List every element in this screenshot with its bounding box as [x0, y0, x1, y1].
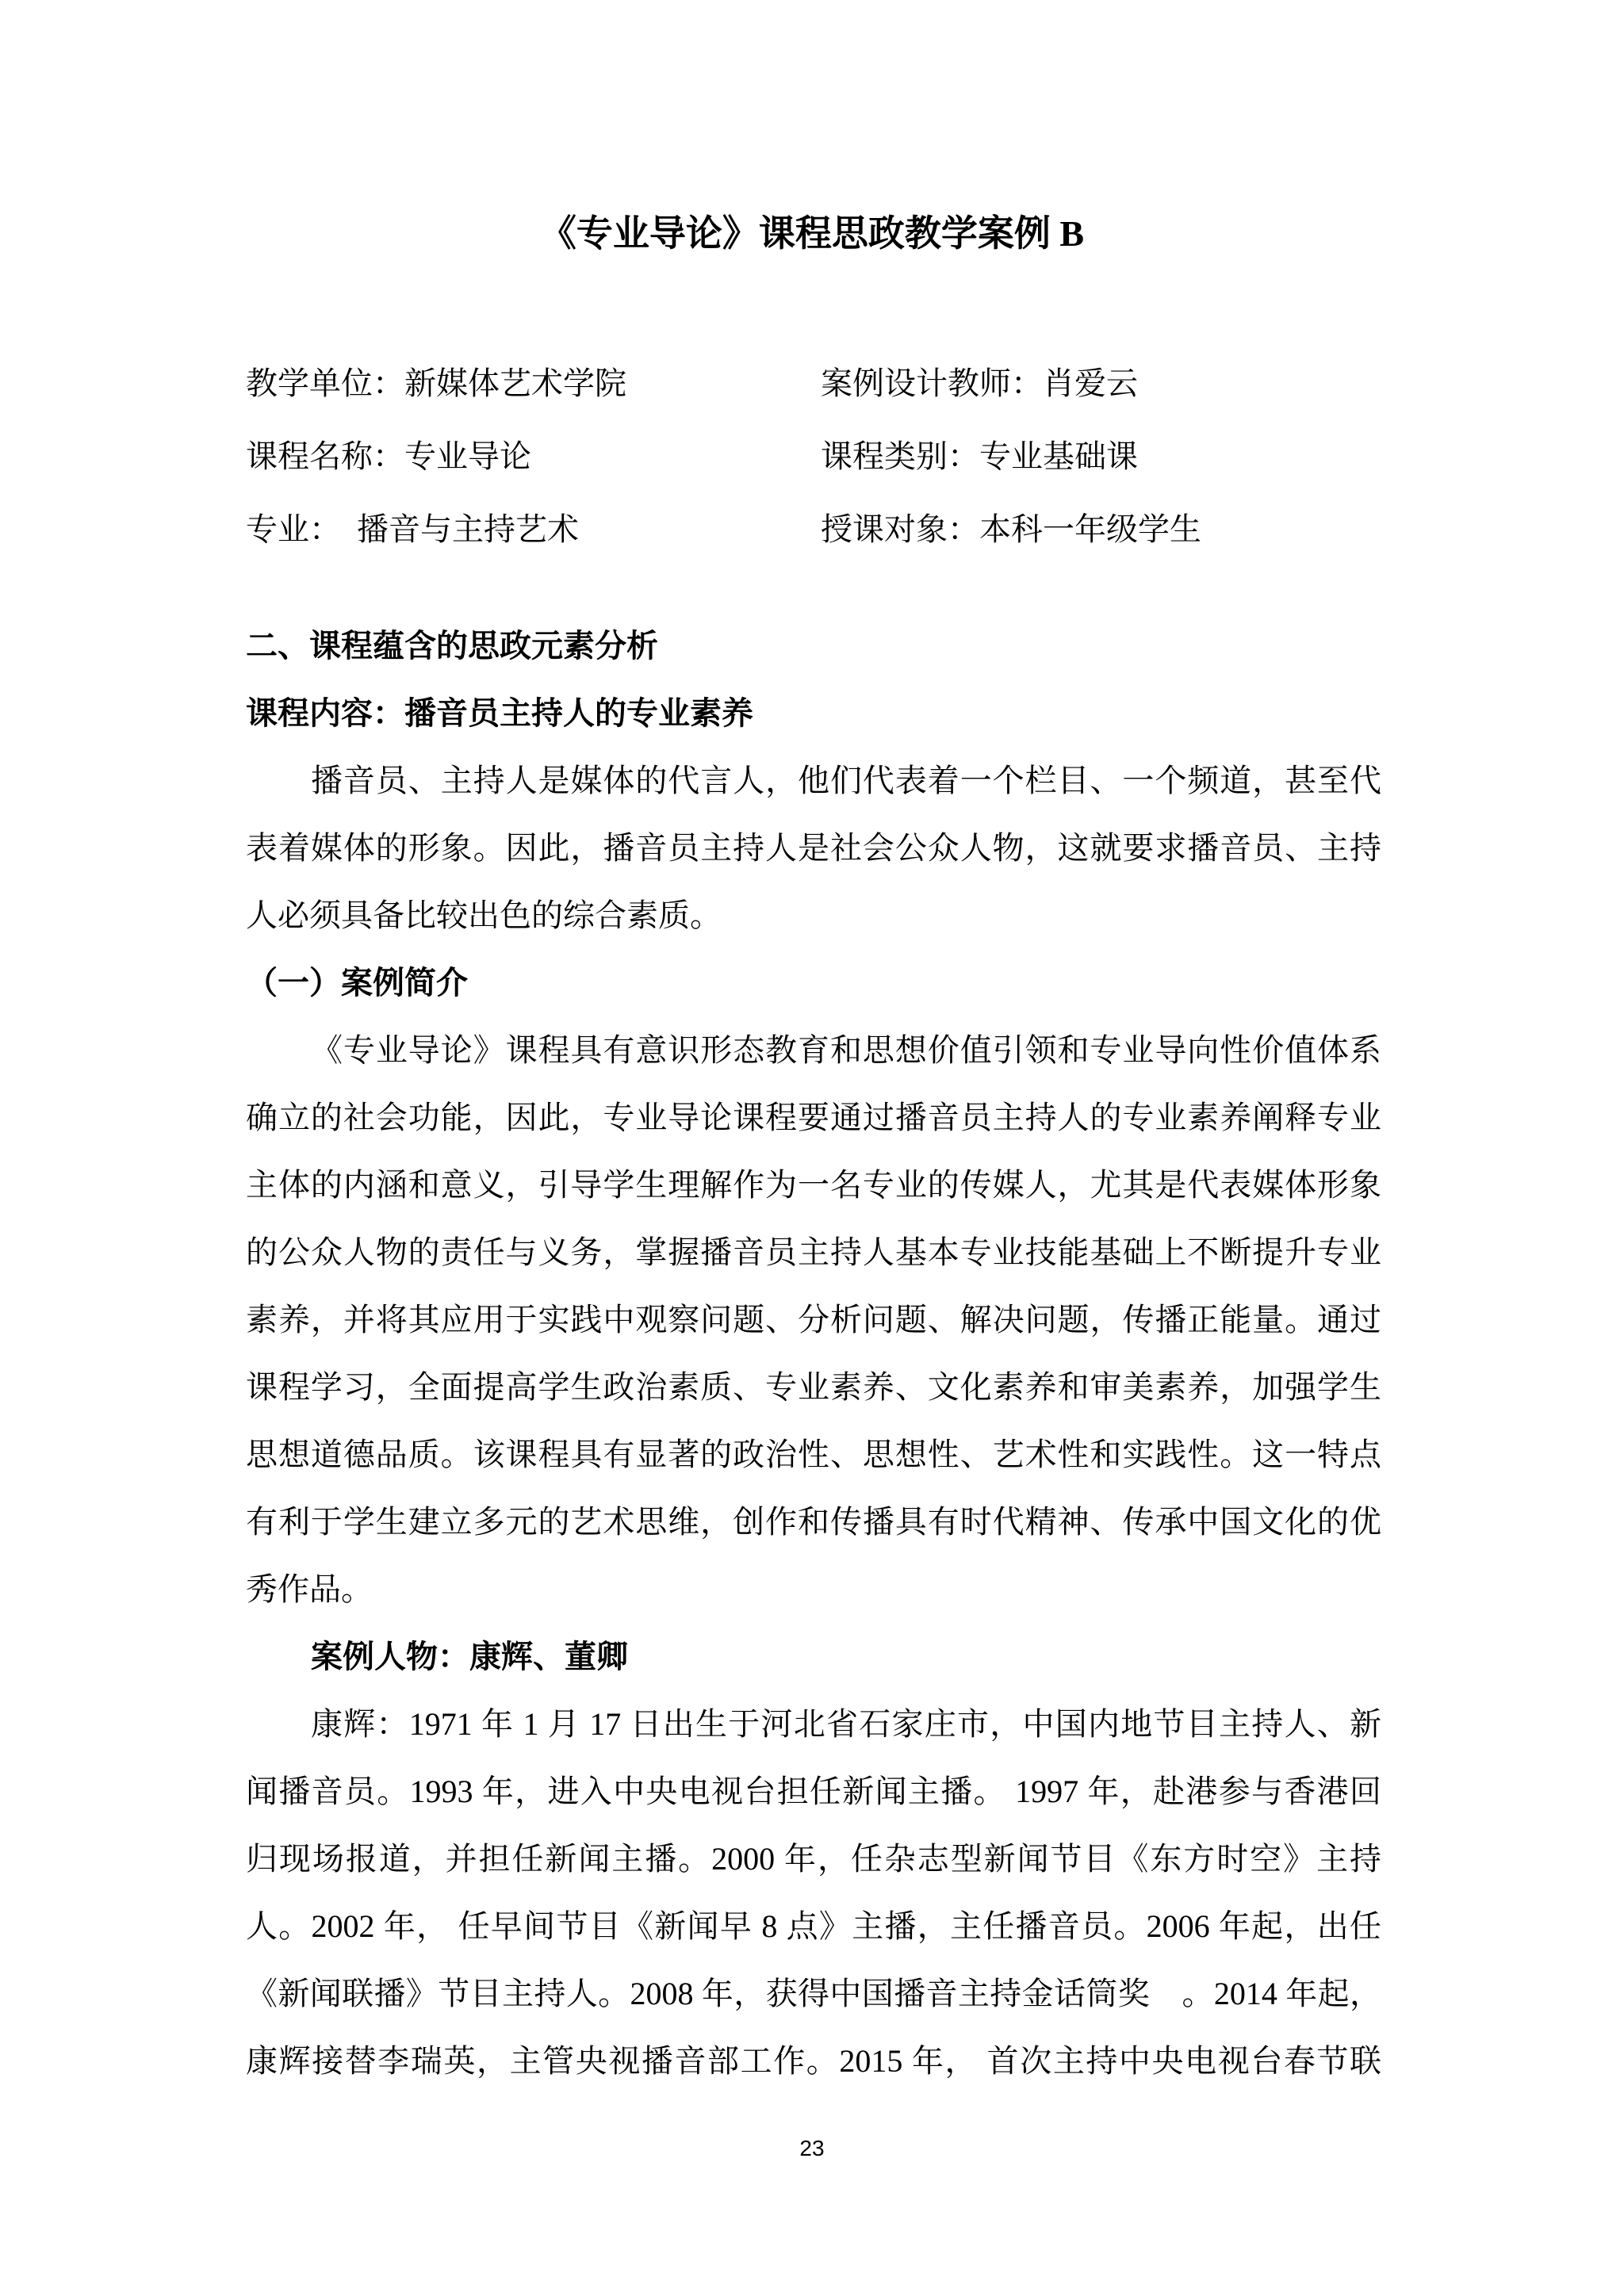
- text-line: 康辉接替李瑞英，主管央视播音部工作。2015 年， 首次主持中央电视台春节联: [246, 2027, 1381, 2095]
- text-line: 《专业导论》课程具有意识形态教育和思想价值引领和专业导向性价值体系: [246, 1016, 1381, 1084]
- text-line: 的公众人物的责任与义务，掌握播音员主持人基本专业技能基础上不断提升专业: [246, 1219, 1381, 1286]
- meta-row: 教学单位：新媒体艺术学院 案例设计教师：肖爱云: [246, 344, 1381, 417]
- text-line: 人。2002 年， 任早间节目《新闻早 8 点》主播，主任播音员。2006 年起…: [246, 1892, 1381, 1960]
- text-line: 秀作品。: [246, 1556, 1381, 1623]
- text-line: 康辉：1971 年 1 月 17 日出生于河北省石家庄市，中国内地节目主持人、新: [246, 1690, 1381, 1758]
- meta-major: 专业： 播音与主持艺术: [246, 504, 821, 549]
- text-line: 《新闻联播》节目主持人。2008 年，获得中国播音主持金话筒奖 。2014 年起…: [246, 1960, 1381, 2027]
- text-line: 素养，并将其应用于实践中观察问题、分析问题、解决问题，传播正能量。通过: [246, 1286, 1381, 1353]
- text-line: 表着媒体的形象。因此，播音员主持人是社会公众人物，这就要求播音员、主持: [246, 814, 1381, 882]
- meta-course-type: 课程类别：专业基础课: [821, 431, 1381, 476]
- text-line: 课程学习，全面提高学生政治素质、专业素养、文化素养和审美素养，加强学生: [246, 1353, 1381, 1421]
- section-heading: 二、课程蕴含的思政元素分析: [246, 626, 1381, 666]
- meta-table: 教学单位：新媒体艺术学院 案例设计教师：肖爱云 课程名称：专业导论 课程类别：专…: [246, 344, 1381, 563]
- meta-course-name: 课程名称：专业导论: [246, 431, 821, 476]
- meta-case-designer: 案例设计教师：肖爱云: [821, 358, 1381, 404]
- meta-row: 专业： 播音与主持艺术 授课对象：本科一年级学生: [246, 490, 1381, 563]
- page-number: 23: [0, 2133, 1624, 2164]
- text-line: 思想道德品质。该课程具有显著的政治性、思想性、艺术性和实践性。这一特点: [246, 1421, 1381, 1488]
- text-line: 归现场报道，并担任新闻主播。2000 年，任杂志型新闻节目《东方时空》主持: [246, 1825, 1381, 1892]
- meta-audience: 授课对象：本科一年级学生: [821, 504, 1381, 549]
- doc-title: 《专业导论》课程思政教学案例 B: [0, 208, 1624, 260]
- text-line: 人必须具备比较出色的综合素质。: [246, 882, 1381, 949]
- meta-row: 课程名称：专业导论 课程类别：专业基础课: [246, 417, 1381, 490]
- case-figures-heading: 案例人物：康辉、董卿: [246, 1623, 1381, 1690]
- text-line: 闻播音员。1993 年，进入中央电视台担任新闻主播。 1997 年，赴港参与香港…: [246, 1758, 1381, 1825]
- text-line: 确立的社会功能，因此，专业导论课程要通过播音员主持人的专业素养阐释专业: [246, 1084, 1381, 1151]
- text-line: 播音员、主持人是媒体的代言人，他们代表着一个栏目、一个频道，甚至代: [246, 747, 1381, 814]
- text-line: 主体的内涵和意义，引导学生理解作为一名专业的传媒人，尤其是代表媒体形象: [246, 1151, 1381, 1219]
- body-text: 课程内容：播音员主持人的专业素养 播音员、主持人是媒体的代言人，他们代表着一个栏…: [246, 679, 1381, 2095]
- case-intro-heading: （一）案例简介: [246, 949, 1381, 1016]
- content-heading: 课程内容：播音员主持人的专业素养: [246, 679, 1381, 747]
- text-line: 有利于学生建立多元的艺术思维，创作和传播具有时代精神、传承中国文化的优: [246, 1488, 1381, 1556]
- document-page: 《专业导论》课程思政教学案例 B 教学单位：新媒体艺术学院 案例设计教师：肖爱云…: [0, 0, 1624, 2296]
- meta-teaching-unit: 教学单位：新媒体艺术学院: [246, 358, 821, 404]
